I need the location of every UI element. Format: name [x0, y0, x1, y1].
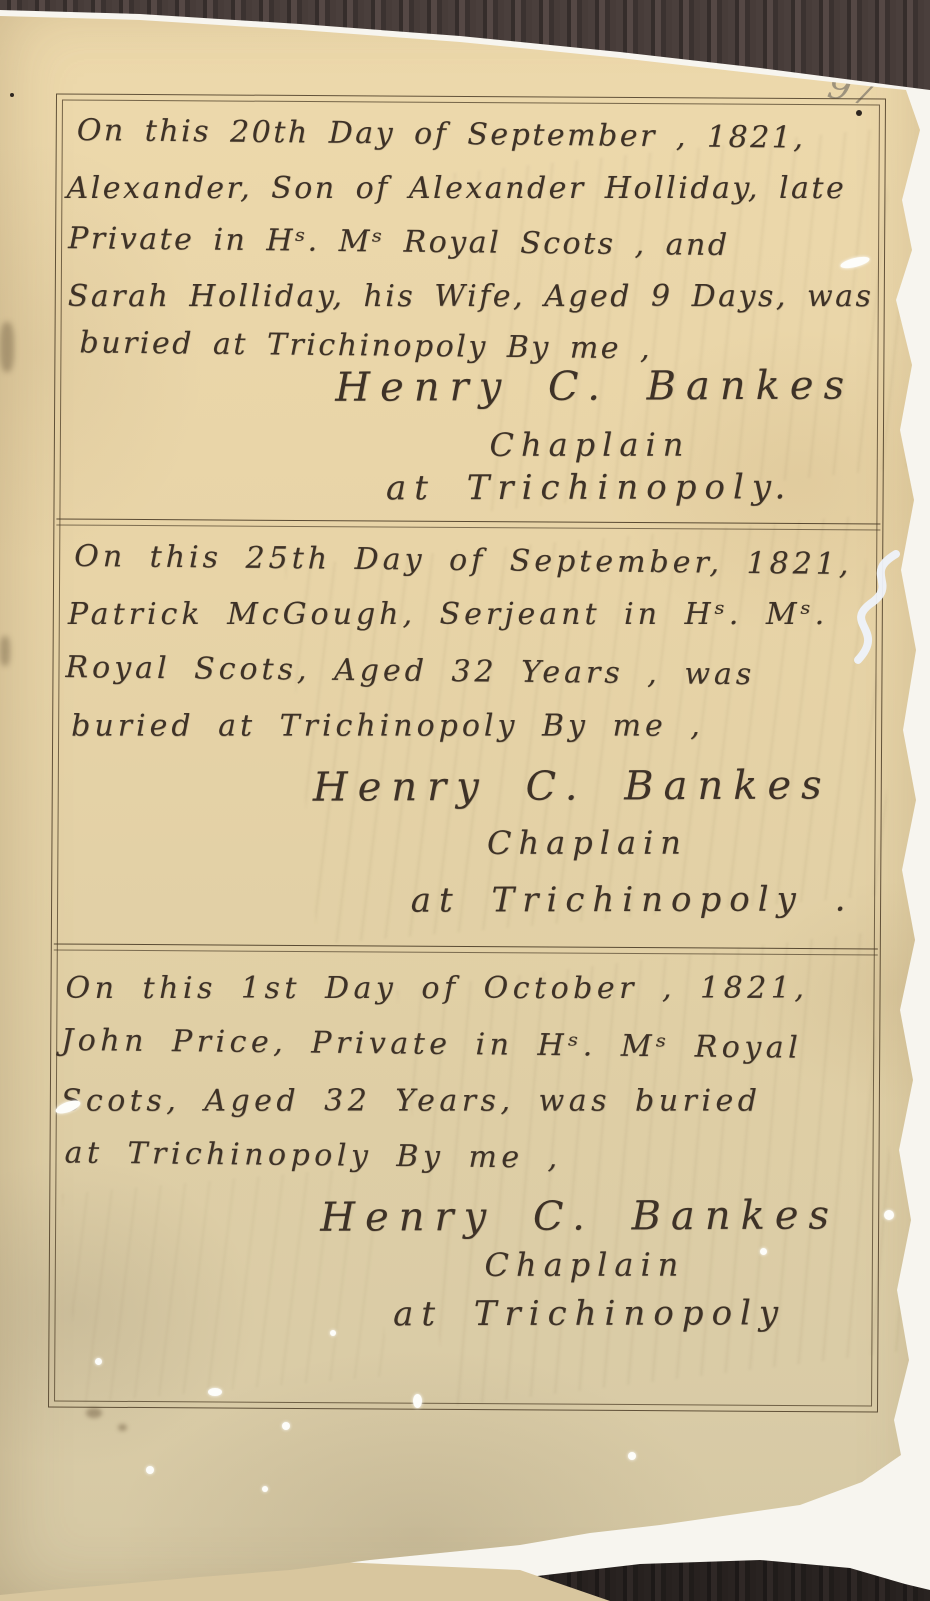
signature-place: at Trichinopoly . [382, 879, 882, 920]
entry-line: Royal Scots, Aged 32 Years , was [65, 650, 755, 692]
paper-speck [628, 1452, 636, 1460]
paper-speck [760, 1248, 767, 1255]
paper-speck [282, 1422, 290, 1430]
edge-smudge [0, 636, 10, 666]
entry-line: buried at Trichinopoly By me , [79, 325, 652, 366]
correction-mark [838, 548, 912, 670]
entry-line: buried at Trichinopoly By me , [71, 709, 704, 744]
entry-line: Alexander, Son of Alexander Holliday, la… [66, 171, 846, 206]
signature-place: at Trichinopoly. [365, 467, 815, 508]
stain-spot [86, 1408, 102, 1418]
entry-line: at Trichinopoly By me , [64, 1135, 562, 1175]
stain-spot [118, 1424, 127, 1431]
ink-dot [856, 110, 862, 116]
paper-speck [262, 1486, 268, 1492]
signature-name: Henry C. Bankes [320, 1193, 820, 1241]
manuscript-page: 97 On this 20th Day of September , 1821,… [0, 0, 930, 1601]
paper-speck [413, 1394, 422, 1408]
register-border: On this 20th Day of September , 1821, Al… [48, 93, 886, 1412]
scanned-document-photo: 97 On this 20th Day of September , 1821,… [0, 0, 930, 1601]
paper-speck [330, 1330, 336, 1336]
entry-line: Private in Hˢ. Mˢ Royal Scots , and [68, 221, 730, 263]
entry-line: Sarah Holliday, his Wife, Aged 9 Days, w… [68, 279, 874, 314]
signature-role: Chaplain [405, 426, 775, 464]
edge-smudge [0, 322, 14, 372]
entry-line: Scots, Aged 32 Years, was buried [61, 1084, 762, 1119]
signature-role: Chaplain [410, 1246, 760, 1284]
entry-line: Patrick McGough, Serjeant in Hˢ. Mˢ. [68, 597, 828, 632]
entry-line: On this 1st Day of October , 1821, [66, 971, 809, 1006]
ink-dot [10, 93, 14, 97]
paper-speck [95, 1358, 102, 1365]
paper-speck [884, 1210, 894, 1220]
signature-name: Henry C. Bankes [335, 363, 835, 411]
paper-speck [146, 1466, 154, 1474]
signature-name: Henry C. Bankes [313, 762, 813, 810]
signature-role: Chaplain [412, 824, 762, 862]
paper-speck [208, 1388, 222, 1396]
signature-place: at Trichinopoly [340, 1293, 840, 1334]
